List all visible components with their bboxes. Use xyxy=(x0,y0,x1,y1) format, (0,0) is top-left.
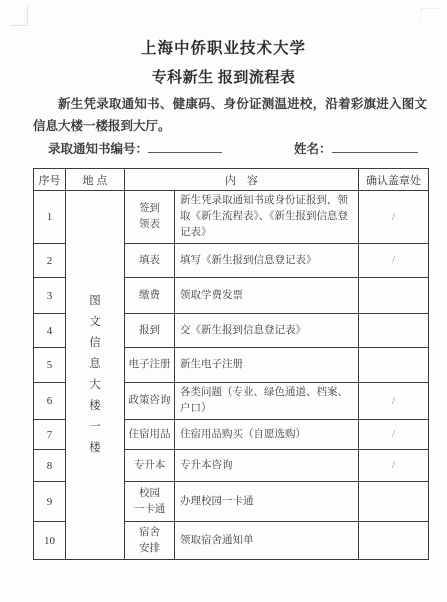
step-content: 新生凭录取通知书或身份证报到，领取《新生流程表》、《新生报到信息登记表》 xyxy=(175,191,359,244)
step-content: 专升本咨询 xyxy=(175,450,359,482)
stamp-cell: / xyxy=(359,191,429,244)
row-number: 7 xyxy=(34,420,66,450)
row-number: 4 xyxy=(34,314,66,348)
stamp-cell xyxy=(359,482,429,522)
row-number: 3 xyxy=(34,278,66,314)
stamp-cell: / xyxy=(359,450,429,482)
row-number: 5 xyxy=(34,348,66,383)
step-content: 领取宿舍通知单 xyxy=(175,522,359,560)
name-blank xyxy=(332,141,418,153)
step-content: 住宿用品购买（自愿选购） xyxy=(175,420,359,450)
stamp-cell xyxy=(359,278,429,314)
name-label: 姓名： xyxy=(294,142,332,156)
table-header-row: 序号 地 点 内 容 确认盖章处 xyxy=(34,169,429,191)
step-label: 签到 领表 xyxy=(125,191,175,244)
step-label: 校园 一卡通 xyxy=(125,482,175,522)
step-label: 宿舍 安排 xyxy=(125,522,175,560)
step-content: 交《新生报到信息登记表》 xyxy=(175,314,359,348)
header-content: 内 容 xyxy=(125,169,359,191)
admission-notice-number-blank xyxy=(148,141,222,153)
step-content: 填写《新生报到信息登记表》 xyxy=(175,244,359,278)
step-content: 办理校园一卡通 xyxy=(175,482,359,522)
registration-flow-table: 序号 地 点 内 容 确认盖章处 1 图文信息大楼一楼 签到 领表 新生凭录取通… xyxy=(33,168,429,560)
stamp-cell: / xyxy=(359,244,429,278)
header-stamp: 确认盖章处 xyxy=(359,169,429,191)
stamp-cell xyxy=(359,314,429,348)
stamp-cell: / xyxy=(359,420,429,450)
stamp-cell xyxy=(359,522,429,560)
fill-in-line: 录取通知书编号：姓名： xyxy=(33,139,433,157)
row-number: 2 xyxy=(34,244,66,278)
row-number: 9 xyxy=(34,482,66,522)
step-content: 各类问题（专业、绿色通道、档案、户口） xyxy=(175,383,359,420)
header-location: 地 点 xyxy=(66,169,125,191)
intro-paragraph: 新生凭录取通知书、健康码、身份证测温进校，沿着彩旗进入图文信息大楼一楼报到大厅。 xyxy=(33,93,427,137)
document-subtitle: 专科新生 报到流程表 xyxy=(0,66,447,87)
step-label: 住宿用品 xyxy=(125,420,175,450)
step-label: 电子注册 xyxy=(125,348,175,383)
step-label: 报到 xyxy=(125,314,175,348)
table-row: 1 图文信息大楼一楼 签到 领表 新生凭录取通知书或身份证报到，领取《新生流程表… xyxy=(34,191,429,244)
university-title: 上海中侨职业技术大学 xyxy=(0,36,447,58)
row-number: 8 xyxy=(34,450,66,482)
stamp-cell: / xyxy=(359,383,429,420)
row-number: 1 xyxy=(34,191,66,244)
step-label: 填表 xyxy=(125,244,175,278)
step-label: 政策咨询 xyxy=(125,383,175,420)
step-content: 新生电子注册 xyxy=(175,348,359,383)
scan-corner-mark-right xyxy=(420,8,438,22)
step-label: 专升本 xyxy=(125,450,175,482)
row-number: 10 xyxy=(34,522,66,560)
header-no: 序号 xyxy=(34,169,66,191)
scan-corner-mark-left xyxy=(10,6,28,26)
admission-notice-number-label: 录取通知书编号： xyxy=(48,142,148,156)
step-label: 缴费 xyxy=(125,278,175,314)
location-vertical-text: 图文信息大楼一楼 xyxy=(89,291,101,459)
location-merged-cell: 图文信息大楼一楼 xyxy=(66,191,125,560)
stamp-cell xyxy=(359,348,429,383)
document-page: 上海中侨职业技术大学 专科新生 报到流程表 新生凭录取通知书、健康码、身份证测温… xyxy=(0,0,447,602)
step-content: 领取学费发票 xyxy=(175,278,359,314)
row-number: 6 xyxy=(34,383,66,420)
